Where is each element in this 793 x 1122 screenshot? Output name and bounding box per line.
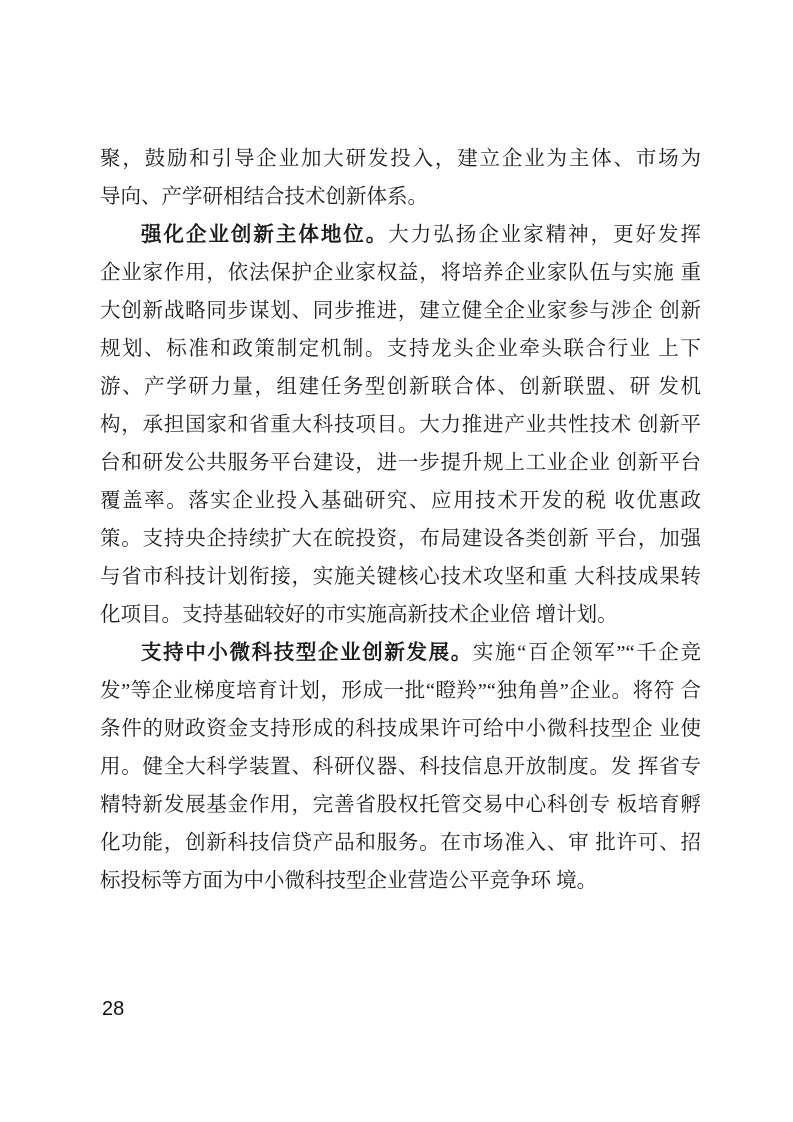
text-line: 策。支持央企持续扩大在皖投资，布局建设各类创新 平台，加强 (100, 520, 701, 558)
text-line: 发”等企业梯度培育计划，形成一批“瞪羚”“独角兽”企业。将符 合 (100, 672, 701, 710)
text-line: 化项目。支持基础较好的市实施高新技术企业倍 增计划。 (100, 596, 701, 634)
text-line: 覆盖率。落实企业投入基础研究、应用技术开发的税 收优惠政 (100, 482, 701, 520)
text-line: 支持中小微科技型企业创新发展。实施“百企领军”“千企竞 (100, 634, 701, 672)
text-line: 游、产学研力量，组建任务型创新联合体、创新联盟、研 发机 (100, 368, 701, 406)
text-line: 标投标等方面为中小微科技型企业营造公平竞争环 境。 (100, 862, 701, 900)
text-line: 构，承担国家和省重大科技项目。大力推进产业共性技术 创新平 (100, 406, 701, 444)
paragraph-bold-heading: 强化企业创新主体地位。 (141, 224, 388, 246)
paragraph: 聚，鼓励和引导企业加大研发投入，建立企业为主体、市场为导向、产学研相结合技术创新… (100, 140, 701, 216)
page-body-text: 聚，鼓励和引导企业加大研发投入，建立企业为主体、市场为导向、产学研相结合技术创新… (100, 140, 701, 900)
text-line: 与省市科技计划衔接，实施关键核心技术攻坚和重 大科技成果转 (100, 558, 701, 596)
text-line: 强化企业创新主体地位。大力弘扬企业家精神，更好发挥 (100, 216, 701, 254)
paragraph: 支持中小微科技型企业创新发展。实施“百企领军”“千企竞发”等企业梯度培育计划，形… (100, 634, 701, 900)
text-line: 聚，鼓励和引导企业加大研发投入，建立企业为主体、市场为 (100, 140, 701, 178)
text-line: 条件的财政资金支持形成的科技成果许可给中小微科技型企 业使 (100, 710, 701, 748)
text-line: 导向、产学研相结合技术创新体系。 (100, 178, 701, 216)
text-line: 企业家作用，依法保护企业家权益，将培养企业家队伍与实施 重 (100, 254, 701, 292)
text-line: 精特新发展基金作用，完善省股权托管交易中心科创专 板培育孵 (100, 786, 701, 824)
text-line: 台和研发公共服务平台建设，进一步提升规上工业企业 创新平台 (100, 444, 701, 482)
paragraph: 强化企业创新主体地位。大力弘扬企业家精神，更好发挥企业家作用，依法保护企业家权益… (100, 216, 701, 634)
text-line: 化功能，创新科技信贷产品和服务。在市场准入、审 批许可、招 (100, 824, 701, 862)
text-line: 大创新战略同步谋划、同步推进，建立健全企业家参与涉企 创新 (100, 292, 701, 330)
text-line: 规划、标准和政策制定机制。支持龙头企业牵头联合行业 上下 (100, 330, 701, 368)
text-line: 用。健全大科学装置、科研仪器、科技信息开放制度。发 挥省专 (100, 748, 701, 786)
page-number: 28 (102, 996, 124, 1022)
document-page: 聚，鼓励和引导企业加大研发投入，建立企业为主体、市场为导向、产学研相结合技术创新… (0, 0, 793, 1122)
paragraph-bold-heading: 支持中小微科技型企业创新发展。 (141, 642, 473, 664)
